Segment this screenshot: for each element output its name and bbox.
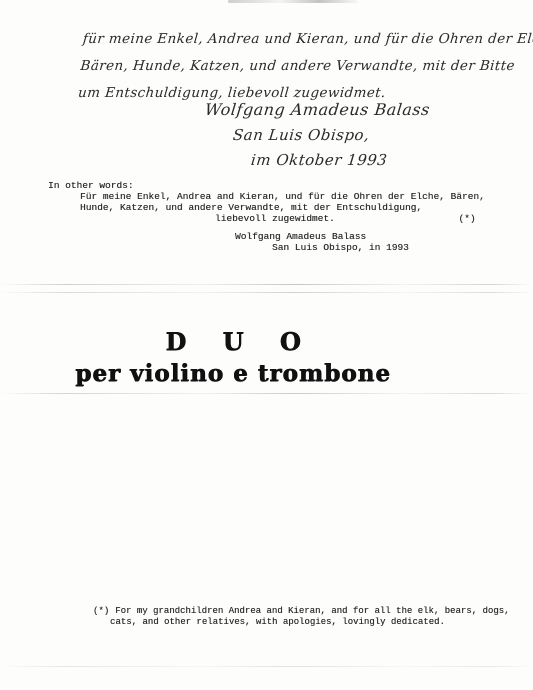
scan-smudge [228,0,358,3]
typed-signature-name: Wolfgang Amadeus Balass [235,231,366,242]
handwritten-line: für meine Enkel, Andrea und Kieran, und … [82,26,533,53]
title-main: D U O [0,327,466,356]
scan-seam [0,292,533,293]
typed-translation-line: Für meine Enkel, Andrea and Kieran, und … [80,191,485,202]
handwritten-line: Bären, Hunde, Katzen, und andere Verwand… [79,53,533,80]
footnote-line: (*)For my grandchildren Andrea and Kiera… [93,606,509,617]
typed-signature-place: San Luis Obispo, in 1993 [272,242,409,253]
footnote-text: For my grandchildren Andrea and Kieran, … [115,606,509,616]
title-block: D U O per violino e trombone [0,327,466,387]
footnote-marker-reference: (*) [458,213,475,224]
scanned-document-page: für meine Enkel, Andrea und Kieran, und … [0,0,533,690]
title-subtitle: per violino e trombone [0,360,466,387]
scan-seam [0,393,533,394]
handwritten-dedication: für meine Enkel, Andrea und Kieran, und … [77,26,533,107]
typed-translation-line: Hunde, Katzen, und andere Verwandte, mit… [80,202,422,213]
scan-seam [0,284,533,285]
handwritten-signature-place: San Luis Obispo, [232,126,370,144]
typed-dedication-close-text: liebevoll zugewidmet. [215,213,335,224]
scan-seam [0,666,533,667]
footnote-line: cats, and other relatives, with apologie… [110,617,445,628]
handwritten-signature-name: Wolfgang Amadeus Balass [204,100,431,119]
handwritten-signature-date: im Oktober 1993 [250,151,388,169]
typed-intro: In other words: [48,180,134,191]
typed-dedication-close: liebevoll zugewidmet. (*) [215,213,476,224]
footnote-marker: (*) [93,606,109,616]
